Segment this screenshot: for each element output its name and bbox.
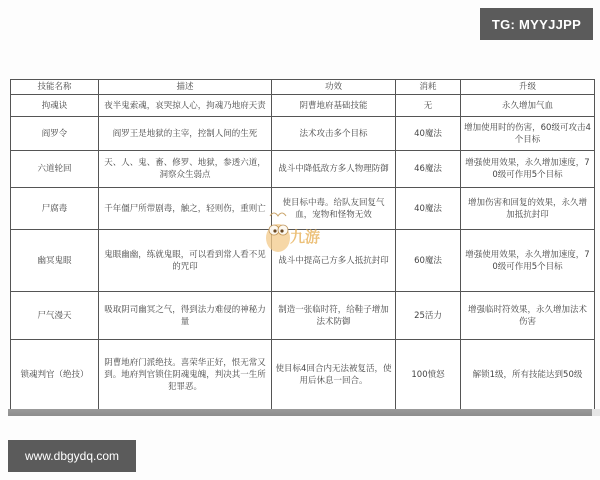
skill-name: 锁魂判官（绝技） [11, 340, 99, 410]
table-row: 幽冥鬼眼 鬼眼幽幽，练就鬼眼，可以看到常人看不见的咒印 战斗中提高己方多人抵抗封… [11, 230, 595, 292]
skill-cost: 25活力 [396, 292, 461, 340]
skill-cost: 无 [396, 95, 461, 117]
skill-table-container: 技能名称 描述 功效 消耗 升级 拘魂诀 夜半鬼索魂，哀哭掠人心，拘魂乃地府天责… [10, 79, 594, 410]
skill-effect: 战斗中降低敌方多人物理防御 [272, 151, 396, 188]
skill-effect: 使目标4回合内无法被复活，使用后休息一回合。 [272, 340, 396, 410]
skill-name: 阎罗令 [11, 117, 99, 151]
skill-effect: 制造一张临时符，给鞋子增加法术防御 [272, 292, 396, 340]
skill-table: 技能名称 描述 功效 消耗 升级 拘魂诀 夜半鬼索魂，哀哭掠人心，拘魂乃地府天责… [10, 79, 595, 410]
skill-upgrade: 增强临时符效果，永久增加法术伤害 [461, 292, 595, 340]
skill-description: 天、人、鬼、畜、修罗、地狱，参透六道，洞察众生弱点 [99, 151, 272, 188]
skill-effect: 战斗中提高己方多人抵抗封印 [272, 230, 396, 292]
header-effect: 功效 [272, 80, 396, 95]
skill-upgrade: 解锁1级，所有技能达到50级 [461, 340, 595, 410]
skill-description: 夜半鬼索魂，哀哭掠人心，拘魂乃地府天责 [99, 95, 272, 117]
skill-description: 阴曹地府门派绝技。喜荣华正好，恨无常又到。地府判官锁住阴魂鬼魄，判决其一生所犯罪… [99, 340, 272, 410]
skill-cost: 100愤怒 [396, 340, 461, 410]
skill-name: 尸气漫天 [11, 292, 99, 340]
skill-cost: 40魔法 [396, 117, 461, 151]
skill-cost: 40魔法 [396, 188, 461, 230]
header-skill-name: 技能名称 [11, 80, 99, 95]
skill-description: 鬼眼幽幽，练就鬼眼，可以看到常人看不见的咒印 [99, 230, 272, 292]
horizontal-scrollbar[interactable] [8, 409, 592, 416]
skill-upgrade: 增强使用效果，永久增加速度，70级可作用5个目标 [461, 151, 595, 188]
skill-effect: 使目标中毒。给队友回复气血，宠物和怪物无效 [272, 188, 396, 230]
scrollbar-track-end [592, 409, 600, 416]
skill-name: 六道轮回 [11, 151, 99, 188]
skill-description: 阎罗王是地狱的主宰，控制人间的生死 [99, 117, 272, 151]
skill-description: 千年僵尸所带剧毒，触之，轻则伤，重则亡 [99, 188, 272, 230]
skill-name: 幽冥鬼眼 [11, 230, 99, 292]
skill-effect: 法术攻击多个目标 [272, 117, 396, 151]
skill-cost: 46魔法 [396, 151, 461, 188]
header-cost: 消耗 [396, 80, 461, 95]
skill-name: 拘魂诀 [11, 95, 99, 117]
skill-upgrade: 永久增加气血 [461, 95, 595, 117]
table-row: 尸气漫天 吸取阴司幽冥之气，得到法力难侵的神秘力量 制造一张临时符，给鞋子增加法… [11, 292, 595, 340]
table-row: 拘魂诀 夜半鬼索魂，哀哭掠人心，拘魂乃地府天责 阴曹地府基础技能 无 永久增加气… [11, 95, 595, 117]
table-row: 阎罗令 阎罗王是地狱的主宰，控制人间的生死 法术攻击多个目标 40魔法 增加使用… [11, 117, 595, 151]
skill-upgrade: 增加使用时的伤害，60级可攻击4个目标 [461, 117, 595, 151]
skill-effect: 阴曹地府基础技能 [272, 95, 396, 117]
skill-cost: 60魔法 [396, 230, 461, 292]
table-row: 锁魂判官（绝技） 阴曹地府门派绝技。喜荣华正好，恨无常又到。地府判官锁住阴魂鬼魄… [11, 340, 595, 410]
header-upgrade: 升级 [461, 80, 595, 95]
website-badge: www.dbgydq.com [8, 440, 136, 472]
table-header-row: 技能名称 描述 功效 消耗 升级 [11, 80, 595, 95]
skill-description: 吸取阴司幽冥之气，得到法力难侵的神秘力量 [99, 292, 272, 340]
header-description: 描述 [99, 80, 272, 95]
table-row: 六道轮回 天、人、鬼、畜、修罗、地狱，参透六道，洞察众生弱点 战斗中降低敌方多人… [11, 151, 595, 188]
skill-name: 尸腐毒 [11, 188, 99, 230]
table-row: 尸腐毒 千年僵尸所带剧毒，触之，轻则伤，重则亡 使目标中毒。给队友回复气血，宠物… [11, 188, 595, 230]
skill-upgrade: 增加伤害和回复的效果，永久增加抵抗封印 [461, 188, 595, 230]
tg-badge: TG: MYYJJPP [480, 8, 593, 40]
skill-upgrade: 增强使用效果，永久增加速度，70级可作用5个目标 [461, 230, 595, 292]
